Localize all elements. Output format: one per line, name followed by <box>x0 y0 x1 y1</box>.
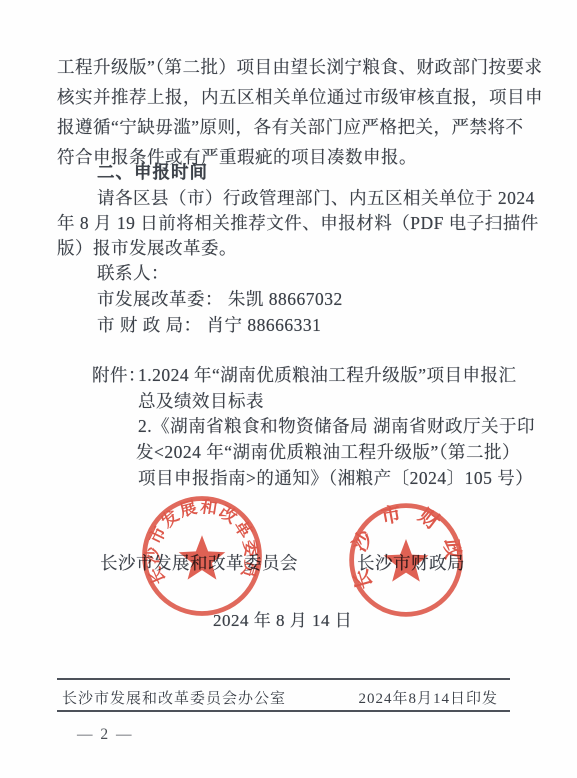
footer-rule-top <box>57 678 510 680</box>
document-page: 工程升级版”（第二批）项目由望长浏宁粮食、财政部门按要求 核实并推荐上报，内五区… <box>0 0 577 778</box>
contact-label: 联系人： <box>97 260 169 285</box>
body-line: 请各区县（市）行政管理部门、内五区相关单位于 2024 <box>97 185 535 210</box>
body-line: 核实并推荐上报，内五区相关单位通过市级审核直报，项目申 <box>57 84 543 109</box>
footer-office: 长沙市发展和改革委员会办公室 <box>62 687 286 708</box>
seal-star-icon <box>384 539 429 582</box>
contact-line: 市 财 政 局： 肖宁 88666331 <box>97 312 321 337</box>
attachment-line: 项目申报指南>的通知》（湘粮产〔2024〕105 号） <box>138 465 533 490</box>
body-line: 版）报市发展改革委。 <box>57 235 237 260</box>
footer-print-date: 2024年8月14日印发 <box>358 687 498 708</box>
attachment-line: 1.2024 年“湖南优质粮油工程升级版”项目申报汇 <box>138 362 517 387</box>
contact-line: 市发展改革委： 朱凯 88667032 <box>97 286 343 311</box>
attachment-line: 总及绩效目标表 <box>138 388 264 413</box>
body-line: 报遵循“宁缺毋滥”原则，各有关部门应严格把关，严禁将不 <box>57 114 524 139</box>
attachment-line: 发<2024 年“湖南优质粮油工程升级版”（第二批） <box>136 439 520 464</box>
seal-arc-text: 长沙市发展和改革委员会 <box>136 490 262 588</box>
body-line: 工程升级版”（第二批）项目由望长浏宁粮食、财政部门按要求 <box>57 54 543 79</box>
attachment-line: 2.《湖南省粮食和物资储备局 湖南省财政厅关于印 <box>138 413 535 438</box>
svg-text:长沙市发展和改革委员会: 长沙市发展和改革委员会 <box>136 490 262 588</box>
footer-rule-bottom <box>57 710 510 712</box>
section-heading: 二、申报时间 <box>97 159 208 184</box>
body-line: 年 8 月 19 日前将相关推荐文件、申报材料（PDF 电子扫描件 <box>57 210 539 235</box>
page-number: — 2 — <box>77 726 134 744</box>
document-date: 2024 年 8 月 14 日 <box>213 606 352 631</box>
official-seal-development-reform-commission: 长沙市发展和改革委员会 <box>136 490 268 622</box>
official-seal-finance-bureau: 长沙市财政局 <box>344 498 468 622</box>
seal-star-icon <box>179 535 226 579</box>
